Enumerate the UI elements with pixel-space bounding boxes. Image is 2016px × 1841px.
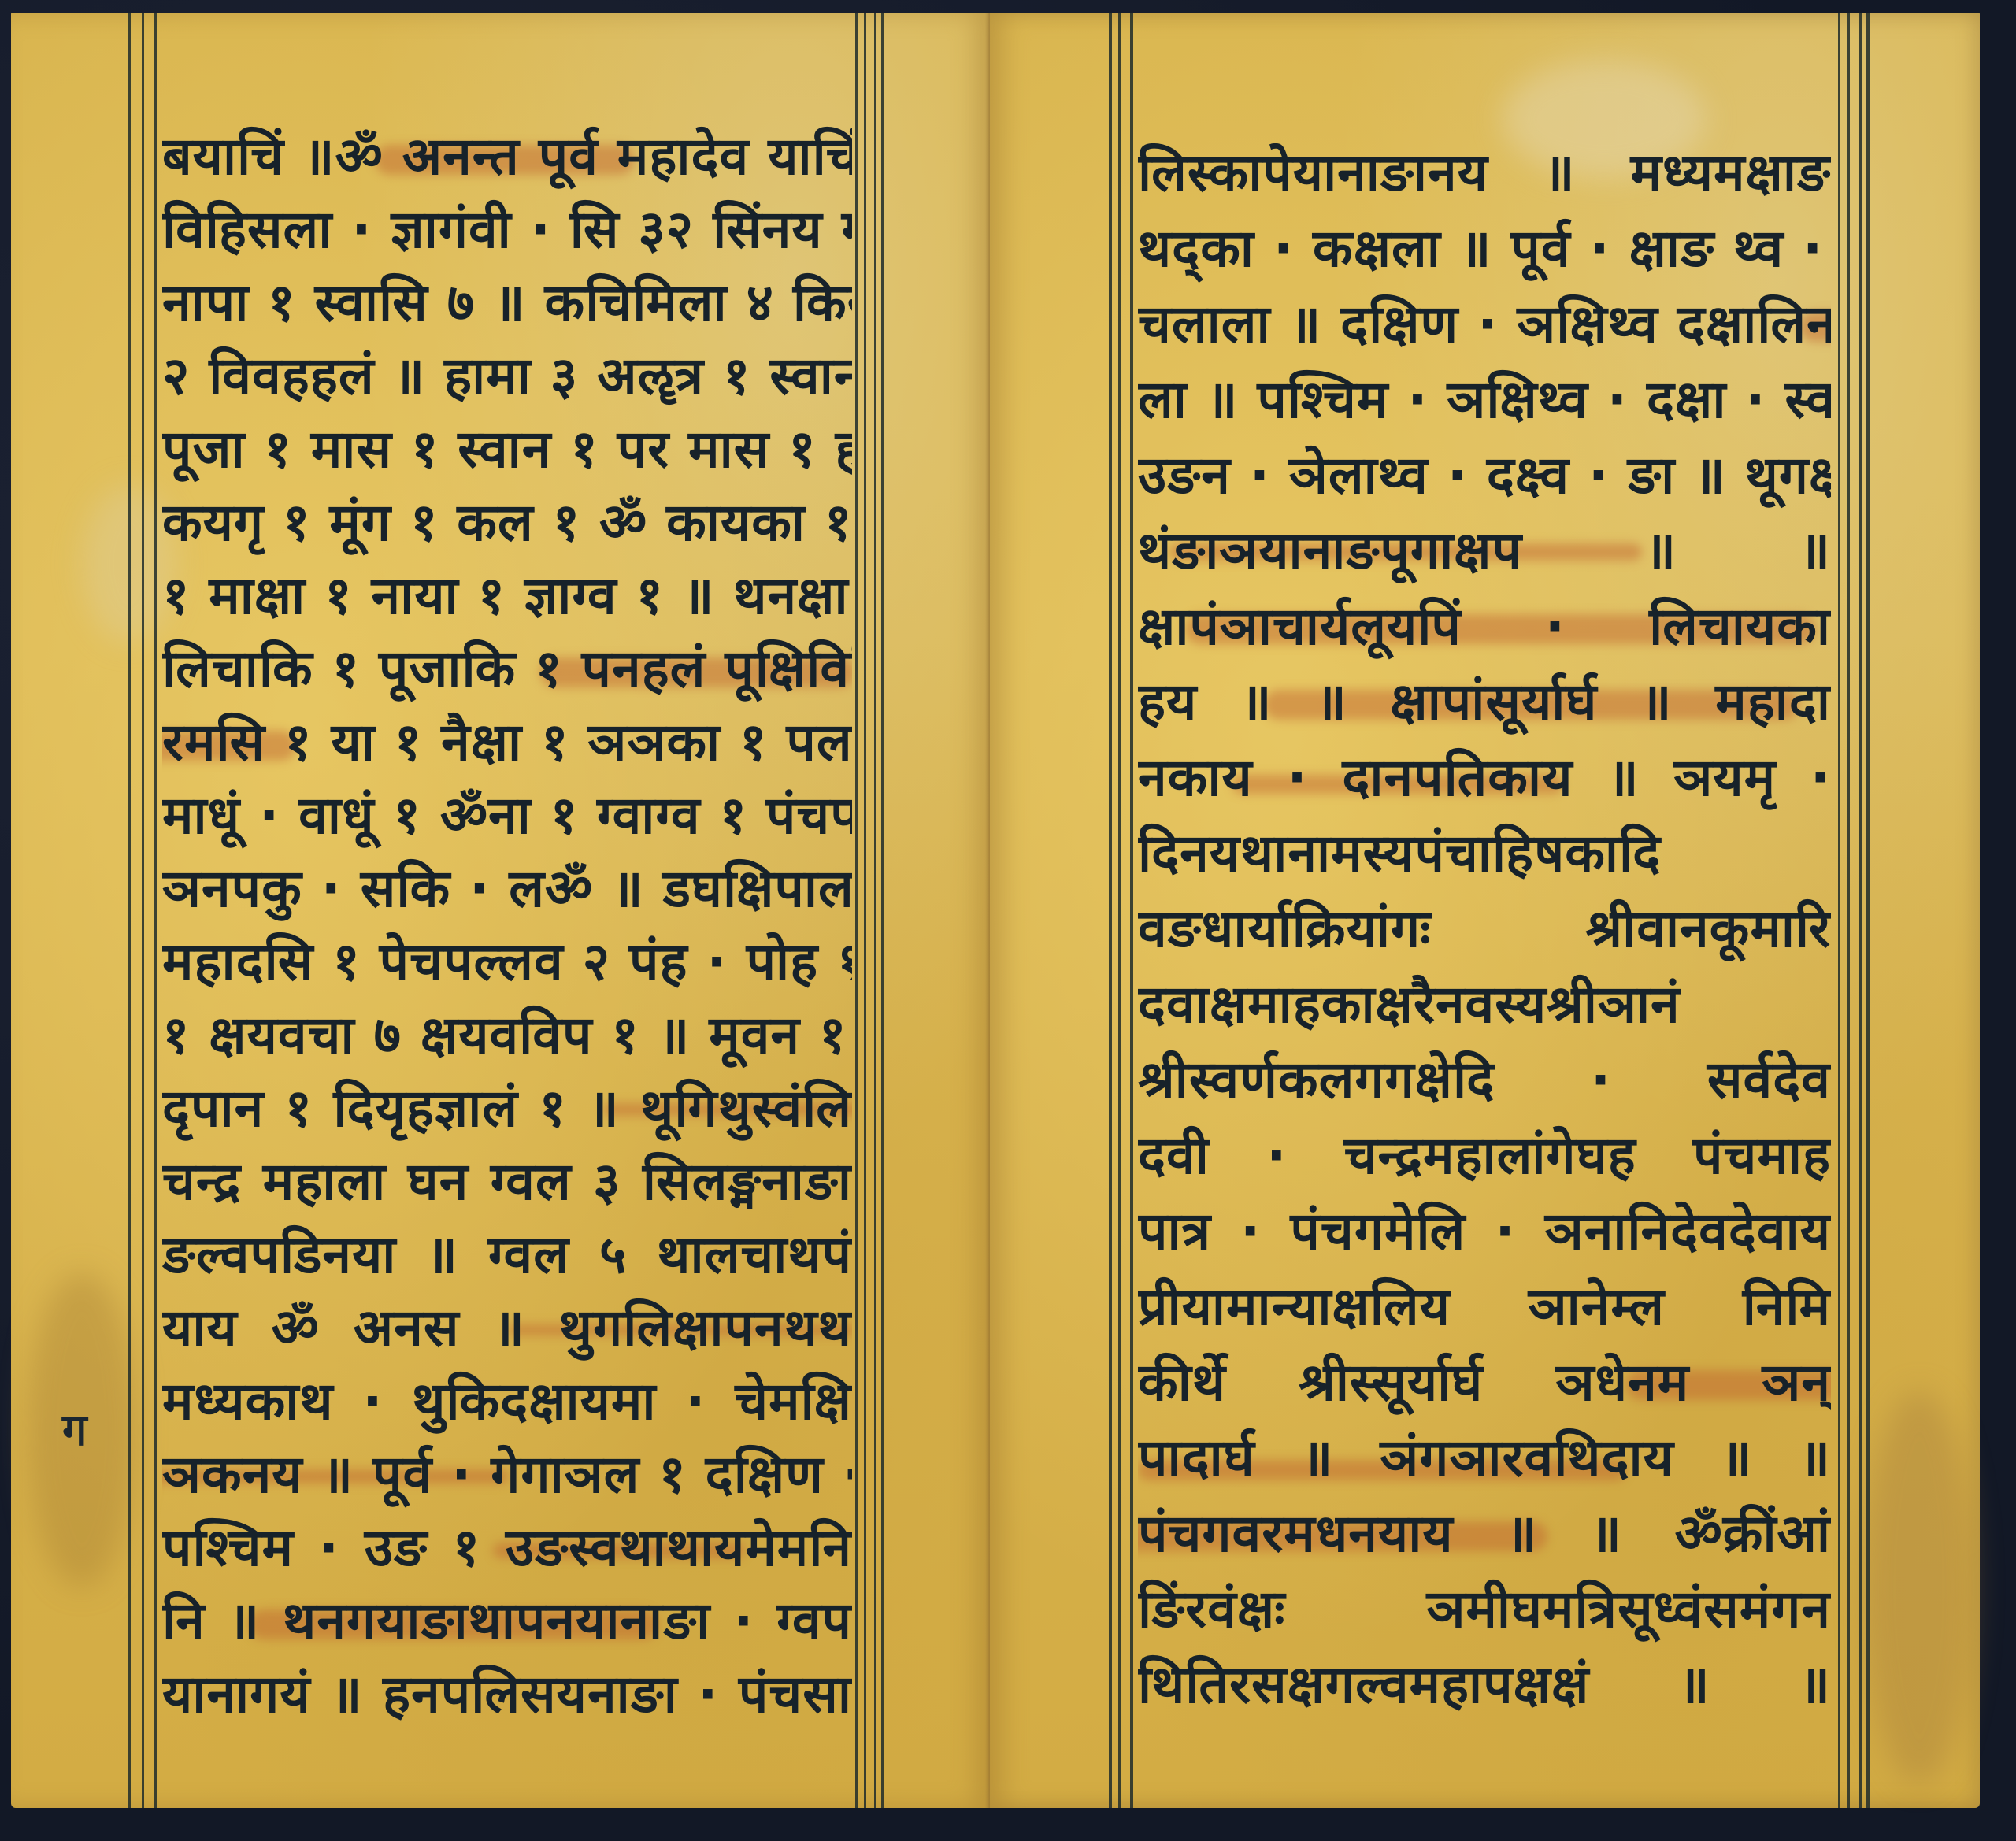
- left-page-text: बयाचिं ॥ॐ अनन्त पूर्व महादेव याचिं ॥ विह…: [162, 120, 852, 1731]
- text-line: १ क्षयवचा ७ क्षयवविप १ ॥ मूवन १ सु: [162, 998, 852, 1072]
- text-line: दवी · चन्द्रमहालांगेघह पंचमाह: [1138, 1118, 1831, 1194]
- left-page: ग बयाचिं ॥ॐ अनन्त पूर्व महादेव याचिं ॥ व…: [11, 13, 990, 1808]
- text-line: पश्चिम · उङ १ उङस्वथाथायमेमनि: [162, 1511, 852, 1584]
- right-border-rule: [1847, 13, 1850, 1808]
- right-border-rule: [864, 13, 866, 1808]
- left-border-rule: [1130, 13, 1133, 1808]
- text-line: वङधार्याक्रियांगः श्रीवानकूमारि: [1138, 891, 1831, 967]
- text-line: माधूं · वाधूं १ ॐना १ ग्वाग्व १ पंचपक: [162, 779, 852, 852]
- right-border-rule: [881, 13, 884, 1808]
- right-border-rule: [1866, 13, 1870, 1808]
- left-border-rule: [128, 13, 131, 1808]
- text-line: २ विवहहलं ॥ हामा ३ अॡत्र १ स्वानङा १: [162, 339, 852, 413]
- text-line: लिचाकि १ पूजाकि १ पनहलं पूक्षिविधि: [162, 632, 852, 706]
- text-line: पूजा १ मास १ स्वान १ पर मास १ हानि १: [162, 413, 852, 486]
- text-line: नापा १ स्वासि ७ ॥ कचिमिला ४ किसली: [162, 266, 852, 339]
- text-line: ला ॥ पश्चिम · ञक्षिथ्व · दक्षा · स्वङ ·: [1138, 362, 1831, 438]
- folio-margin-mark: ग: [62, 1398, 87, 1458]
- right-border-rule: [1859, 13, 1862, 1808]
- right-border-rule: [855, 13, 858, 1808]
- text-line: १ माक्षा १ नाया १ ज्ञाग्व १ ॥ थनक्षा विह…: [162, 559, 852, 632]
- text-line: चन्द्र महाला घन ग्वल ३ सिलङ्मनाङा: [162, 1145, 852, 1218]
- text-line: कीर्थे श्रीस्सूर्यार्घ ञधेनम ञन्: [1138, 1345, 1831, 1421]
- text-line: यानागयं ॥ हनपलिसयनाङा · पंचसा: [162, 1658, 852, 1731]
- text-line: हय ॥ ॥ क्षापांसूर्यार्घ ॥ महादा: [1138, 665, 1831, 740]
- text-line: दृपान १ दियृहज्ञालं १ ॥ थूगिथुस्वंलि: [162, 1072, 852, 1145]
- text-line: पादार्घ ॥ ञंगञारवथिदाय ॥ ॥: [1138, 1421, 1831, 1496]
- text-line: चलाला ॥ दक्षिण · ञक्षिथ्व दक्षालिन: [1138, 287, 1831, 362]
- left-border-rule: [1109, 13, 1112, 1808]
- right-border-rule: [874, 13, 876, 1808]
- right-page-text: लिस्कापेयानाङानय ॥ मध्यमक्षाङ थद्का · कक…: [1138, 135, 1831, 1723]
- text-line: बयाचिं ॥ॐ अनन्त पूर्व महादेव याचिं ॥: [162, 120, 852, 193]
- text-line: कयगृ १ मूंग १ कल १ ॐ कायका १ गक्षा: [162, 486, 852, 559]
- text-line: विहिसला · ज्ञागंवी · सि ३२ सिंनय गृ२ सिं: [162, 193, 852, 266]
- text-line: प्रीयामान्याक्षलिय ञानेम्ल निमि: [1138, 1269, 1831, 1345]
- open-manuscript: ग बयाचिं ॥ॐ अनन्त पूर्व महादेव याचिं ॥ व…: [11, 13, 1980, 1808]
- text-line: पंचगवरमधनयाय ॥ ॥ ॐक्रींआं: [1138, 1496, 1831, 1572]
- right-page: लिस्कापेयानाङानय ॥ मध्यमक्षाङ थद्का · कक…: [990, 13, 1980, 1808]
- text-line: ञकनय ॥ पूर्व · गेगाञल १ दक्षिण · हि: [162, 1438, 852, 1511]
- left-border-rule: [142, 13, 144, 1808]
- text-line: ङिंरवंक्षः ञमीघमत्रिसूध्वंसमंगन: [1138, 1572, 1831, 1647]
- text-line: महादसि १ पेचपल्लव २ पंह · पोह १ नदुगु: [162, 925, 852, 998]
- text-line: क्षापंञाचार्यलूयपिं · लिचायका: [1138, 589, 1831, 665]
- text-line: नि ॥ थनगयाङाथापनयानाङा · ग्वप: [162, 1584, 852, 1658]
- text-line: याय ॐ अनस ॥ थुगलिक्षापनथथ: [162, 1291, 852, 1365]
- text-line: दवाक्षमाहकाक्षरैनवस्यश्रीञानं: [1138, 967, 1831, 1043]
- text-line: मध्यकाथ · थुकिदक्षायमा · चेमक्षि: [162, 1365, 852, 1438]
- left-border-rule: [1118, 13, 1121, 1808]
- text-line: थद्का · कक्षला ॥ पूर्व · क्षाङ थ्व · दक्…: [1138, 211, 1831, 287]
- text-line: रमसि १ या १ नैक्षा १ ञञका १ पलस्वी १: [162, 706, 852, 779]
- text-line: ङल्वपडिनया ॥ ग्वल ५ थालचाथपं: [162, 1218, 852, 1291]
- text-line: ञनपकु · सकि · लॐ ॥ डघक्षिपाल १: [162, 852, 852, 925]
- text-line: लिस्कापेयानाङानय ॥ मध्यमक्षाङ: [1138, 135, 1831, 211]
- text-line: दिनयथानामस्यपंचाहिषकादि: [1138, 816, 1831, 891]
- text-line: श्रीस्वर्णकलगगक्षेदि · सर्वदेव: [1138, 1043, 1831, 1118]
- text-line: नकाय · दानपतिकाय ॥ ञयमृ ·: [1138, 740, 1831, 816]
- right-border-rule: [1838, 13, 1840, 1808]
- text-line: उङन · ञेलाथ्व · दक्ष्व · ङा ॥ थूगक्ष: [1138, 438, 1831, 513]
- paper-stain: [1864, 1391, 1974, 1784]
- text-line: थितिरसक्षगल्वमहापक्षक्षं ॥ ॥: [1138, 1647, 1831, 1723]
- left-border-rule: [154, 13, 157, 1808]
- text-line: थंङाञयानाङपूगाक्षप ॥ ॥: [1138, 513, 1831, 589]
- text-line: पात्र · पंचगमेलि · ञनानिदेवदेवाय: [1138, 1194, 1831, 1269]
